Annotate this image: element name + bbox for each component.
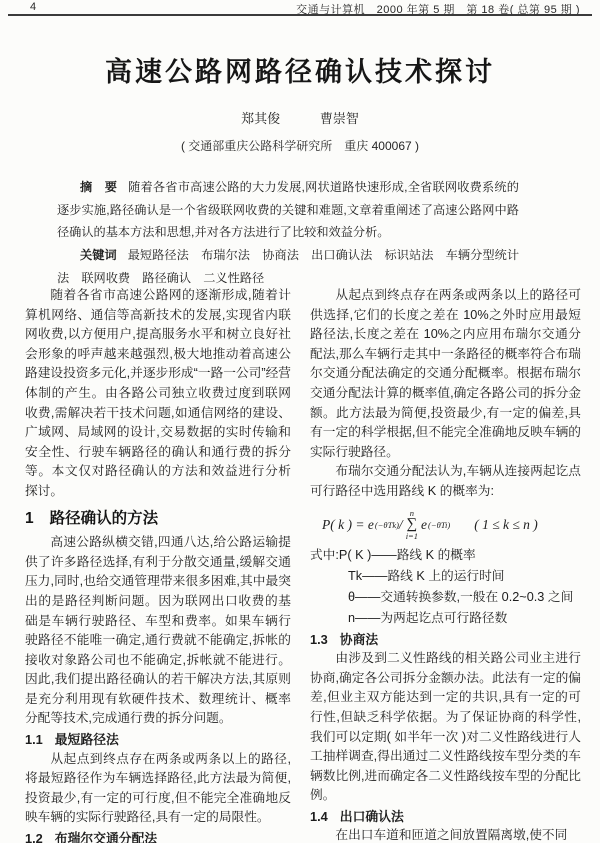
keywords-text: 最短路径法 布瑞尔法 协商法 出口确认法 标识站法 车辆分型统计法 联网收费 路… [57,248,519,285]
journal-page: 4 交通与计算机 2000 年第 5 期 第 18 卷( 总第 95 期 ) 高… [0,0,600,843]
definition-n: n——为两起讫点可行路径数 [310,608,581,629]
header-rule [8,14,592,16]
formula-definitions: 式中:P( K )——路线 K 的概率 Tk——路线 K 上的运行时间 θ——交… [310,545,581,629]
author-1: 郑其俊 [241,111,280,126]
formula-exponent-k: (−θTk) [375,520,399,530]
summation-operator: n ∑ i=1 [406,509,418,541]
page-number: 4 [30,1,37,13]
subsection-number: 1.2 [25,831,43,843]
summation-lower-limit: i=1 [406,532,418,541]
subsection-number: 1.3 [310,632,328,647]
subsection-number: 1.1 [25,732,43,747]
definition-tk: Tk——路线 K 上的运行时间 [310,566,581,587]
author-2: 曹崇智 [320,111,359,126]
abstract-text: 随着各省市高速公路的大力发展,网状道路快速形成,全省联网收费系统的逐步实施,路径… [57,180,519,239]
formula-divide: / [399,517,403,533]
paragraph-breil-method: 从起点到终点存在两条或两条以上的路径可供选择,它们的长度之差在 10%之外时应用… [310,286,581,462]
body-column-left: 随着各省市高速公路网的逐渐形成,随着计算机网络、通信等高新技术的发展,实现省内联… [25,286,291,843]
sigma-icon: ∑ [407,517,418,532]
paragraph-methods-overview: 高速公路纵横交错,四通八达,给公路运输提供了许多路径选择,有利于分散交通量,缓解… [25,533,291,729]
section-title: 路径确认的方法 [50,510,159,527]
subsection-heading-1-3: 1.3协商法 [310,630,581,650]
paragraph-intro: 随着各省市高速公路网的逐渐形成,随着计算机网络、通信等高新技术的发展,实现省内联… [25,286,291,502]
formula-lhs: P( k ) = e [322,517,374,533]
formula-condition: ( 1 ≤ k ≤ n ) [474,517,538,533]
paragraph-negotiation-method: 由涉及到二义性路线的相关路公司业主进行协商,确定各公司拆分金额办法。此法有一定的… [310,649,581,806]
definition-pk: 式中:P( K )——路线 K 的概率 [310,545,581,566]
paragraph-breil-intro: 布瑞尔交通分配法认为,车辆从连接两起讫点可行路径中选用路线 K 的概率为: [310,462,581,501]
section-number: 1 [25,510,34,527]
breil-probability-formula: P( k ) = e(−θTk) / n ∑ i=1 e(−θTi) ( 1 ≤… [322,509,581,541]
subsection-title: 协商法 [340,632,378,647]
paragraph-shortest-path: 从起点到终点存在两条或两条以上的路径,将最短路径作为车辆选择路径,此方法最为简便… [25,750,291,828]
body-column-right: 从起点到终点存在两条或两条以上的路径可供选择,它们的长度之差在 10%之外时应用… [310,286,581,843]
abstract-label: 摘 要 [80,180,117,194]
keywords-block: 关键词最短路径法 布瑞尔法 协商法 出口确认法 标识站法 车辆分型统计法 联网收… [57,244,519,289]
affiliation-line: ( 交通部重庆公路科学研究所 重庆 400067 ) [0,137,600,154]
paragraph-exit-confirmation: 在出口车道和匝道之间放置隔离墩,使不同 [310,826,581,843]
formula-exponent-i: (−θTi) [428,520,450,530]
definition-theta: θ——交通转换参数,一般在 0.2~0.3 之间 [310,587,581,608]
article-title: 高速公路网路径确认技术探讨 [0,50,600,89]
keywords-label: 关键词 [80,248,117,262]
subsection-heading-1-2: 1.2布瑞尔交通分配法 [25,829,291,843]
formula-base-e: e [421,517,427,533]
subsection-title: 出口确认法 [340,809,404,824]
subsection-title: 布瑞尔交通分配法 [55,831,157,843]
abstract-block: 摘 要随着各省市高速公路的大力发展,网状道路快速形成,全省联网收费系统的逐步实施… [57,176,519,244]
subsection-heading-1-1: 1.1最短路径法 [25,730,291,750]
author-line: 郑其俊 曹崇智 [0,108,600,127]
subsection-title: 最短路径法 [55,732,119,747]
section-heading-1: 1路径确认的方法 [25,509,291,529]
subsection-number: 1.4 [310,809,328,824]
subsection-heading-1-4: 1.4出口确认法 [310,807,581,827]
